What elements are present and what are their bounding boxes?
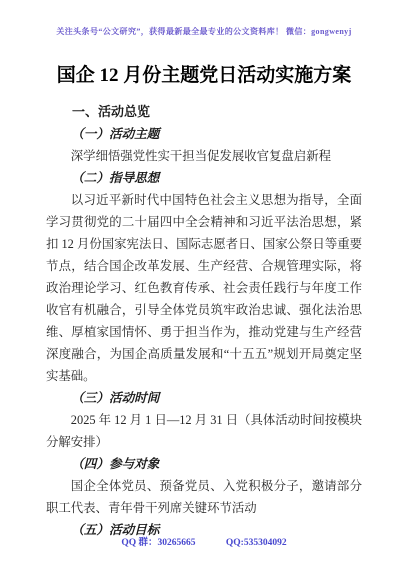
sub-heading-participants: （四）参与对象: [46, 453, 362, 475]
qq-group-number: QQ 群：30265665: [121, 538, 195, 548]
document-body: 一、活动总览 （一）活动主题 深学细悟强党性实干担当促发展收官复盘启新程 （二）…: [46, 101, 362, 541]
paragraph-activity-time: 2025 年 12 月 1 日—12 月 31 日（具体活动时间按模块分解安排）: [46, 409, 362, 453]
paragraph-guiding-ideology: 以习近平新时代中国特色社会主义思想为指导，全面学习贯彻党的二十届四中全会精神和习…: [46, 189, 362, 387]
paragraph-participants: 国企全体党员、预备党员、入党积极分子，邀请部分职工代表、青年骨干列席关键环节活动: [46, 475, 362, 519]
promo-header-text: 关注头条号“公文研究”，获得最新最全最专业的公文资料库！ 微信：gongweny…: [0, 26, 408, 37]
promo-footer: QQ 群：30265665 QQ:535304092: [0, 534, 408, 548]
document-page: 关注头条号“公文研究”，获得最新最全最专业的公文资料库！ 微信：gongweny…: [0, 0, 408, 580]
page-title: 国企 12 月份主题党日活动实施方案: [0, 60, 408, 87]
section-heading-overview: 一、活动总览: [46, 101, 362, 123]
paragraph-activity-theme: 深学细悟强党性实干担当促发展收官复盘启新程: [46, 145, 362, 167]
sub-heading-activity-theme: （一）活动主题: [46, 123, 362, 145]
qq-number: QQ:535304092: [226, 538, 287, 548]
sub-heading-guiding-ideology: （二）指导思想: [46, 167, 362, 189]
sub-heading-activity-time: （三）活动时间: [46, 387, 362, 409]
